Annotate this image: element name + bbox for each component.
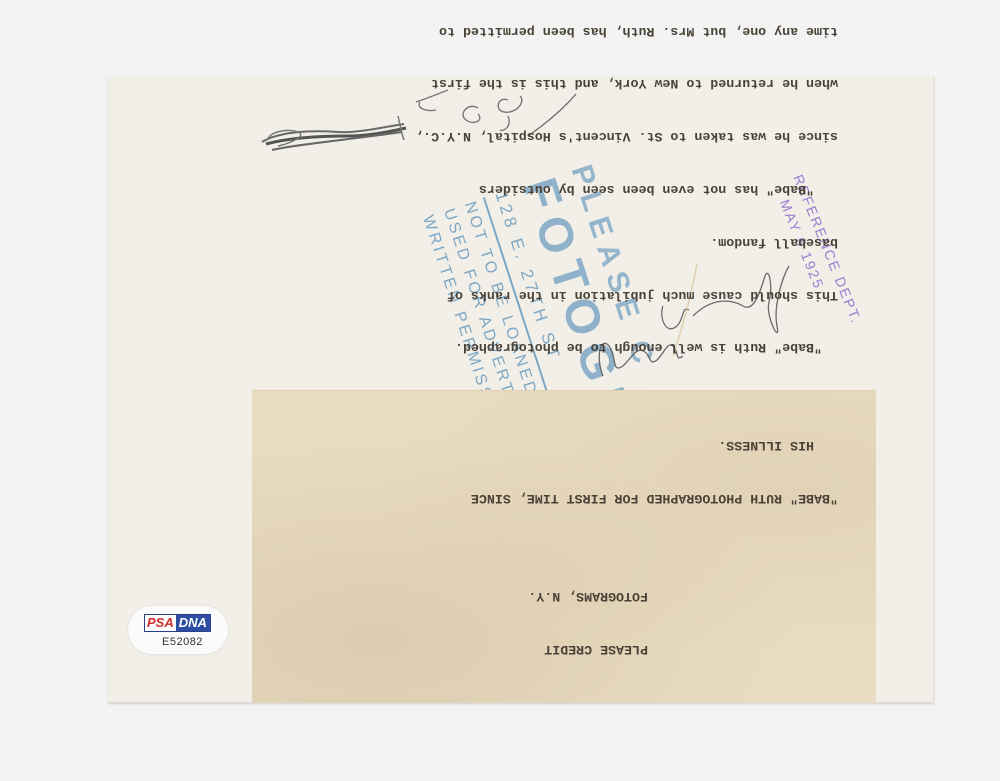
body-line: since he was taken to St. Vincent's Hosp… <box>258 128 838 146</box>
headline-line: "BABE" RUTH PHOTOGRAPHED FOR FIRST TIME,… <box>258 489 838 507</box>
psa-logo-text: PSA <box>145 615 176 631</box>
credit-line: PLEASE CREDIT <box>258 640 838 658</box>
body-line: This should cause much jubilation in the… <box>258 286 838 304</box>
body-line: time any one, but Mrs. Ruth, has been pe… <box>258 22 838 40</box>
psa-dna-logo: PSA DNA <box>144 614 211 632</box>
body-line: "Babe" Ruth is well enough to be photogr… <box>258 339 838 357</box>
headline-line: HIS ILLNESS. <box>258 437 838 455</box>
credit-line: FOTOGRAMS, N.Y. <box>258 587 838 605</box>
caption-text: PLEASE CREDIT FOTOGRAMS, N.Y. "BABE" RUT… <box>258 0 838 693</box>
body-line: when he returned to New York, and this i… <box>258 75 838 93</box>
typed-caption-clipping: PLEASE CREDIT FOTOGRAMS, N.Y. "BABE" RUT… <box>252 390 876 703</box>
dna-logo-text: DNA <box>176 615 210 631</box>
body-line: baseball fandom. <box>258 233 838 251</box>
body-line: "Babe" has not even been seen by outside… <box>258 180 838 198</box>
certification-id: E52082 <box>162 636 203 648</box>
photo-back: PLEASE C FOTOGR 128 E. 27TH ST NOT TO BE… <box>108 76 934 703</box>
psa-dna-authentication-sticker: PSA DNA E52082 <box>128 606 228 654</box>
